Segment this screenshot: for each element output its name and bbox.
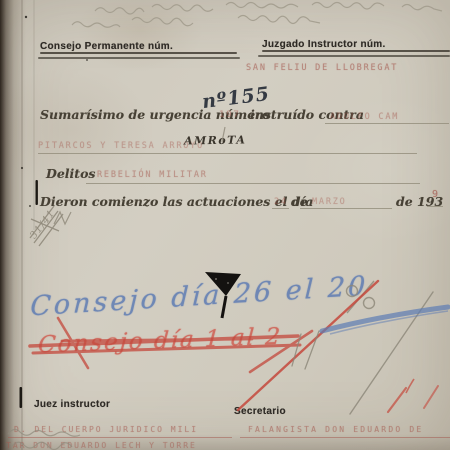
de-label-1: de: [291, 194, 308, 209]
document-page: Consejo Permanente núm. Juzgado Instruct…: [0, 0, 450, 450]
juzgado-rule: [258, 55, 450, 57]
blue-crayon-note: Consejo día 26 el 20: [30, 271, 369, 323]
consejo-underline: [40, 52, 237, 54]
judge-name-line2: TAR DON EDUARDO LECH Y TORRE: [6, 441, 197, 450]
accused-name-1: ADOLFO CAM: [330, 112, 399, 122]
pencil-diagonal-strokes: [292, 292, 433, 414]
pencil-note-top: [72, 3, 442, 28]
consejo-permanente-label: Consejo Permanente núm.: [40, 41, 173, 52]
start-day: 24: [274, 197, 288, 207]
delitos-label: Delitos: [46, 166, 95, 181]
location-stamp: SAN FELIU DE LLOBREGAT: [246, 63, 398, 73]
judge-name-line1: D. DEL CUERPO JURIDICO MILI: [14, 425, 198, 434]
start-month: MARZO: [312, 197, 347, 207]
accused-underline-2: [38, 153, 417, 154]
start-year-digit: 9: [432, 189, 440, 200]
pencil-scribble-bottom: [8, 379, 414, 450]
accused-name-2: PITARCOS Y TERESA ARROYO: [38, 141, 204, 151]
secretary-underline: [240, 437, 450, 438]
secretary-label: Secretario: [234, 406, 286, 417]
delitos-value: REBELIÓN MILITAR: [97, 170, 208, 180]
judge-label: Juez instructor: [34, 399, 110, 410]
month-underline: [300, 208, 392, 209]
start-line-label: Dieron comienzo las actuaciones el día: [40, 194, 313, 209]
blue-swoosh-stroke: [322, 307, 448, 334]
judge-underline: [8, 437, 232, 438]
red-crayon-note: Consejo día 1 al 2: [37, 324, 283, 359]
paper-crease: [33, 0, 35, 230]
delitos-underline: [86, 183, 420, 184]
juzgado-instructor-label: Juzgado Instructor núm.: [262, 39, 386, 50]
juzgado-underline: [262, 50, 450, 52]
case-number-typed: 197: [219, 110, 241, 120]
accused-underline-1: [325, 123, 449, 124]
accused-handwritten: AMRoTA: [184, 133, 247, 147]
secretary-name: FALANGISTA DON EDUARDO DE: [248, 425, 423, 434]
consejo-rule: [38, 57, 240, 59]
page-edge-crease: [21, 0, 23, 450]
